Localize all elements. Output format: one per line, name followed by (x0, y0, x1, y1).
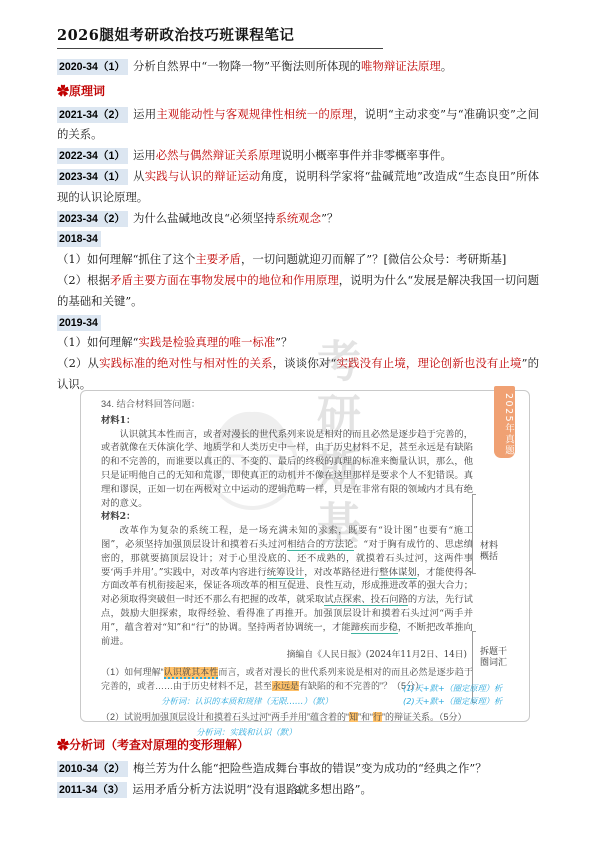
note-entry: 2019-34 (57, 312, 539, 333)
text-segment: 蹄疾而步稳 (351, 622, 398, 634)
text-segment: 相结合的方法论 (287, 539, 354, 551)
text-segment: 运用 (133, 107, 156, 121)
text-segment: 矛盾主要方面在事物发展中的地位和作用原理 (110, 273, 339, 287)
year-tag-chip: 2010-34（2） (57, 761, 128, 777)
text-segment: ”？ (275, 335, 292, 349)
text-segment: 说明小概率事件并非零概率事件。 (281, 148, 452, 162)
text-segment: （1）如何理解“ (57, 335, 138, 349)
exam-question-header: 34. 结合材料回答问题： (101, 398, 473, 412)
text-segment: 系统观念 (275, 211, 321, 225)
text-segment: 必然与偶然辩证关系原理 (156, 148, 281, 162)
material-source: 摘编自《人民日报》(2024年11月2日、14日) (101, 649, 467, 663)
year-tag-chip: 2020-34（1） (57, 59, 128, 75)
note-entry: 2018-34 (57, 228, 539, 249)
handwritten-side-notes: (1)天+默+（圈定原理）析 (2)天+默+（圈定原理）析 (403, 682, 502, 708)
year-tag-chip: 2021-34（2） (57, 107, 128, 123)
margin-note-stem-keywords: 拆题干圈词汇 (480, 647, 509, 669)
text-segment: 主要矛盾 (195, 252, 241, 266)
exam-question-2: （2）试说明加强顶层设计和摸着石头过河“两手并用”蕴含着的“知”和“行”的辩证关… (101, 710, 473, 724)
note-entry: 2010-34（2）梅兰芳为什么能“把险些造成舞台事故的错误”变为成功的“经典之… (57, 758, 539, 779)
page-title: 2026腿姐考研政治技巧班课程笔记 (57, 24, 539, 45)
text-segment: ，谈谈你对“ (273, 356, 337, 370)
text-segment: 行 (373, 712, 382, 722)
notes-list-top: 2020-34（1）分析自然界中“一物降一物”平衡法则所体现的唯物辩证法原理。✿… (57, 56, 539, 395)
year-tag-chip: 2022-34（1） (57, 148, 128, 164)
note-entry: 2020-34（1）分析自然界中“一物降一物”平衡法则所体现的唯物辩证法原理。 (57, 56, 539, 77)
note-entry: 2021-34（2）运用主观能动性与客观规律性相统一的原理，说明“主动求变”与“… (57, 104, 539, 146)
text-segment: （2）根据 (57, 273, 110, 287)
note-entry: （1）如何理解“抓住了这个主要矛盾，一切问题就迎刃而解了”？[微信公众号：考研斯… (57, 249, 539, 270)
margin-note-material-summary: 材料概括 (480, 541, 500, 563)
text-segment: 永远是 (272, 681, 299, 691)
text-segment: 试点探索、投石问路 (324, 594, 408, 606)
note-entry: （2）从实践标准的绝对性与相对性的关系，谈谈你对“实践没有止境，理论创新也没有止… (57, 353, 539, 395)
text-segment: 认识就其本性 (164, 667, 219, 679)
text-segment: 从 (133, 169, 145, 183)
text-segment: ，一切问题就迎刃而解了”？[微信公众号：考研斯基] (241, 252, 506, 266)
margin-brace-material (472, 494, 476, 574)
text-segment: （2）试说明加强顶层设计和摸着石头过河“两手并用”蕴含着的“ (101, 712, 349, 722)
text-segment: （1）如何理解“ (101, 667, 164, 677)
text-segment: ”的辩证关系。（5分） (382, 712, 467, 722)
text-segment: 角度，说明科学家将“盐碱荒地”改造成“生态良田”所体现的认识论原理。 (57, 169, 539, 204)
page-number: 2 (0, 784, 596, 796)
text-segment: 整体谋划 (379, 567, 417, 579)
text-segment: ，对改革路径进行 (304, 567, 379, 578)
note-entry: （2）根据矛盾主要方面在事物发展中的地位和作用原理，说明为什么“发展是解决我国一… (57, 270, 539, 312)
title-underline (57, 48, 383, 49)
section-heading: ✿原理词 (57, 81, 539, 102)
text-segment: 为什么盐碱地改良“必须坚持 (133, 211, 276, 225)
text-segment: 实践与认识的辩证运动 (145, 169, 261, 183)
text-segment: 分析自然界中“一物降一物”平衡法则所体现的 (133, 59, 361, 73)
text-segment: 唯物辩证法原理 (361, 59, 441, 73)
note-entry: （1）如何理解“实践是检验真理的唯一标准”？ (57, 332, 539, 353)
text-segment: 实践没有止境，理论创新也没有止境 (336, 356, 521, 370)
text-segment: 知 (349, 712, 358, 722)
text-segment: 梅兰芳为什么能“把险些造成舞台事故的错误”变为成功的“经典之作”？ (133, 761, 487, 775)
year-tag-chip: 2019-34 (57, 315, 101, 331)
text-segment: 主观能动性与客观规律性相统一的原理 (156, 107, 353, 121)
section-heading: ✿分析词（考查对原理的变形理解） (57, 735, 539, 756)
material2-label: 材料2： (101, 510, 473, 524)
note-entry: 2023-34（2）为什么盐碱地改良“必须坚持系统观念”？ (57, 208, 539, 229)
text-segment: （1）如何理解“抓住了这个 (57, 252, 195, 266)
note-entry: 2022-34（1）运用必然与偶然辩证关系原理说明小概率事件并非零概率事件。 (57, 145, 539, 166)
year-tag-chip: 2018-34 (57, 231, 101, 247)
text-segment: 实践标准的绝对性与相对性的关系 (99, 356, 273, 370)
document-header: 2026腿姐考研政治技巧班课程笔记 (57, 24, 539, 49)
material1-text: 认识就其本性而言，或者对漫长的世代系列来说是相对的而且必然是逐步趋于完善的，或者… (101, 428, 473, 511)
material2-text: 改革作为复杂的系统工程，是一场充满未知的求索，既要有“设计图”也要有“施工图”，… (101, 524, 473, 648)
side-note-line-1: (1)天+默+（圈定原理）析 (403, 682, 502, 695)
exam-year-tab: 2025年真题 (494, 386, 515, 458)
text-segment: ”？ (321, 211, 338, 225)
text-segment: 运用 (133, 148, 156, 162)
text-segment: 实践是检验真理的唯一标准 (138, 335, 275, 349)
text-segment: ”和“ (358, 712, 373, 722)
text-segment: （2）从 (57, 356, 99, 370)
exam-scan-box: 2025年真题 34. 结合材料回答问题： 材料1： 认识就其本性而言，或者对漫… (80, 390, 530, 722)
pdf-page: 2026腿姐考研政治技巧班课程笔记 2020-34（1）分析自然界中“一物降一物… (0, 0, 596, 842)
material1-label: 材料1： (101, 414, 473, 428)
year-tag-chip: 2023-34（2） (57, 211, 128, 227)
year-tag-chip: 2023-34（1） (57, 169, 128, 185)
text-segment: 。 (441, 59, 452, 73)
text-segment: 统筹设计 (267, 567, 305, 579)
note-entry: 2023-34（1）从实践与认识的辩证运动角度，说明科学家将“盐碱荒地”改造成“… (57, 166, 539, 208)
text-segment: ✿原理词 (57, 84, 105, 98)
side-note-line-2: (2)天+默+（圈定原理）析 (403, 695, 502, 708)
text-segment: ✿分析词（考查对原理的变形理解） (57, 738, 249, 752)
